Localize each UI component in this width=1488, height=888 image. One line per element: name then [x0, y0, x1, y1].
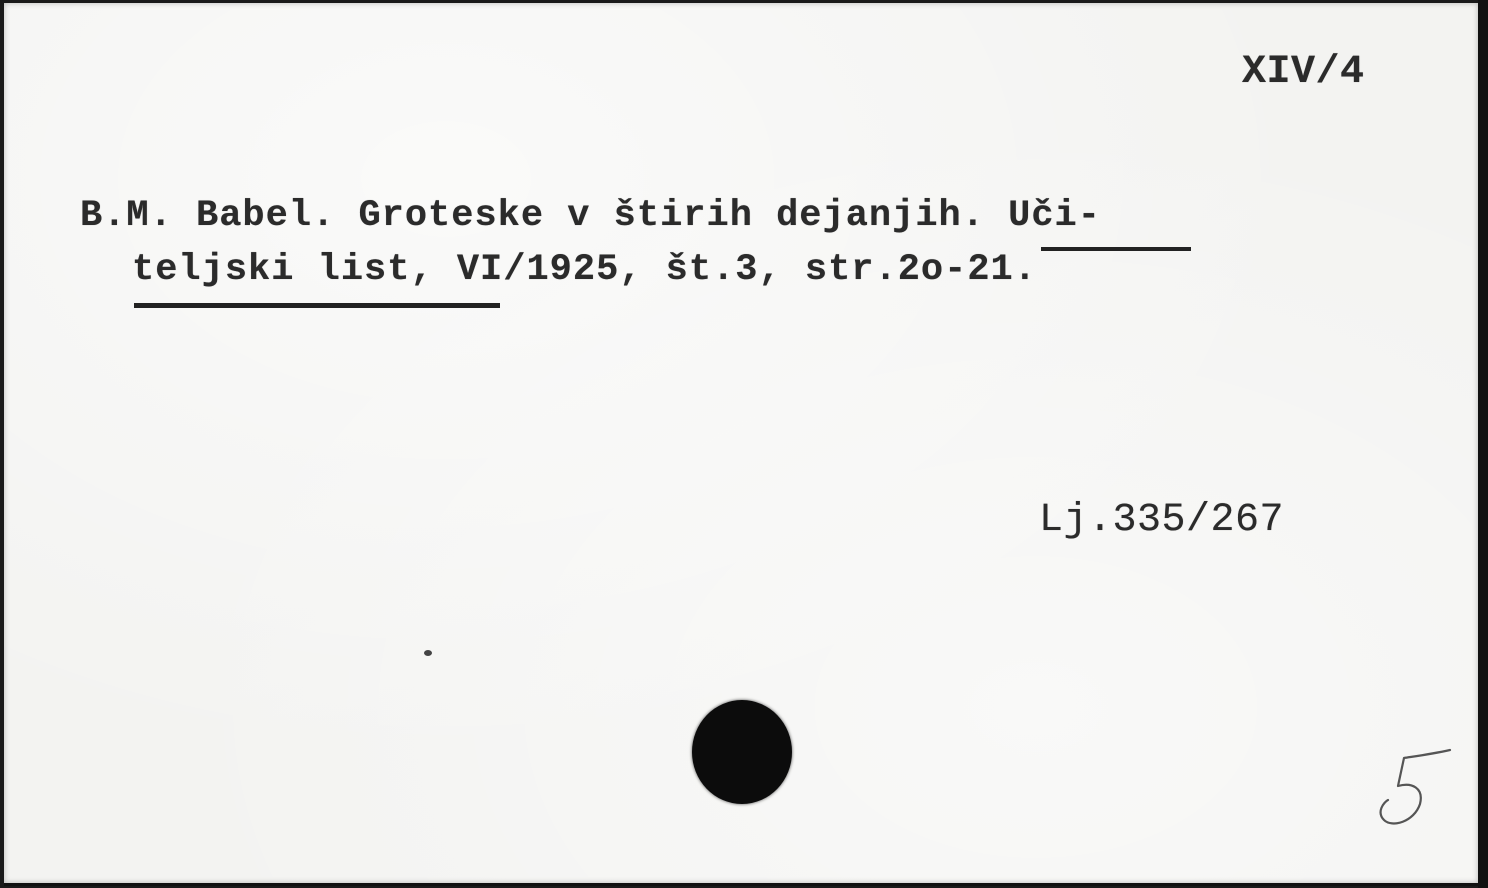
journal-title-overline — [1041, 247, 1191, 251]
locator-number: Lj.335/267 — [1039, 497, 1284, 545]
handwritten-five-icon — [1362, 748, 1452, 838]
citation-line-2: teljski list, VI/1925, št.3, str.2o-21. — [132, 247, 1037, 293]
catalog-card: XIV/4 B.M. Babel. Groteske v štirih deja… — [4, 3, 1478, 886]
ink-speck — [424, 650, 432, 656]
shelfmark: XIV/4 — [1242, 49, 1365, 97]
scan-background-edge — [1478, 0, 1488, 888]
citation-line-1: B.M. Babel. Groteske v štirih dejanjih. … — [80, 193, 1101, 239]
journal-title-underline — [134, 303, 500, 308]
punch-hole-icon — [692, 700, 792, 804]
